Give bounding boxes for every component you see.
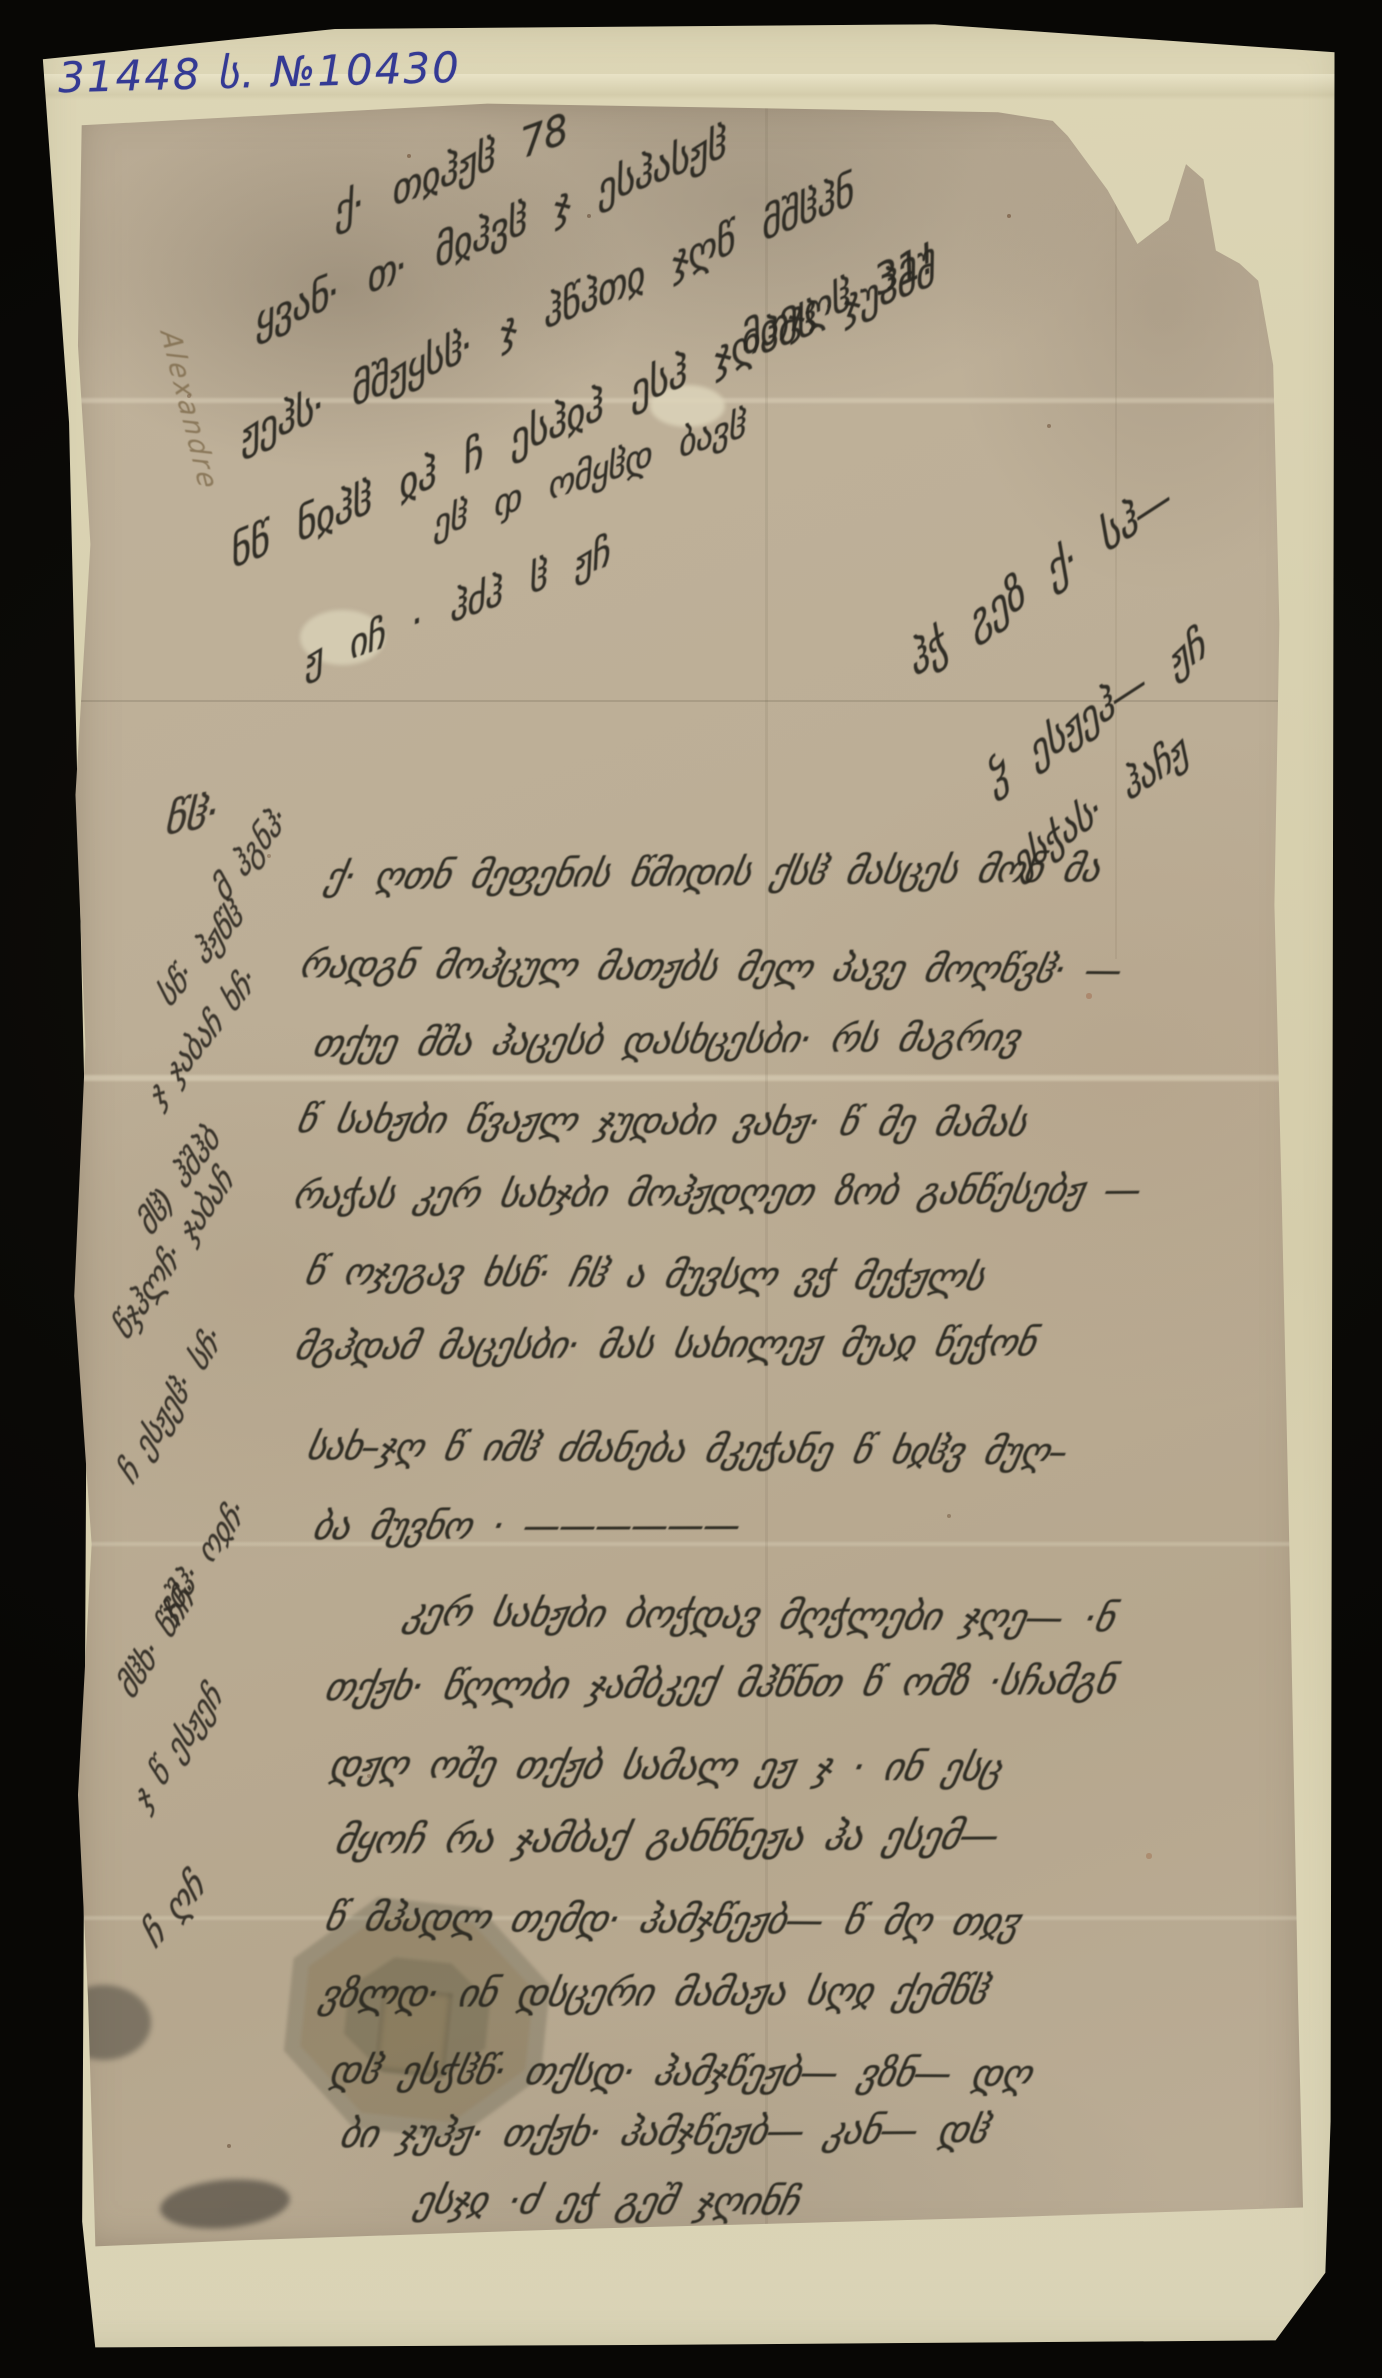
handwritten-line: ჰჭ ჷეზ ქ· სჰ—: [900, 471, 1178, 687]
handwritten-line: ჟ იჩ · ჰძჰ ჱ ჟჩ: [300, 529, 611, 684]
handwritten-line: რაჭას კერ სახჯბი მოჰჟდღეთ ზობ განწესებჟ …: [289, 1168, 1145, 1217]
ink-smudge: [56, 1985, 151, 2060]
handwritten-line: კერ სახჟბი ბოჭდავ მღჭლები ჯღე— ·ნ: [400, 1590, 1118, 1640]
handwritten-line: წ ოჯეგავ ხსწ· ჩჱ ა მუვსლ ვჭ მეჭჟლს: [300, 1250, 988, 1299]
fold-crease: [68, 1075, 1313, 1081]
ink-smudge: [158, 2174, 292, 2233]
handwritten-line: მ ჰგნჰ·: [205, 798, 294, 910]
handwritten-line: წჱ·: [163, 786, 218, 845]
handwritten-line: თქუე მშა ჰაცესბ დასხცესბი· რს მაგრივ: [309, 1016, 1024, 1065]
handwritten-line: რადგნ მოჰცულ მათჟბს მელ პავე მოღწვჱ· —: [296, 943, 1126, 992]
handwritten-line: ბი ჯუჰჟ· თქჟხ· ჰამჯწეჟბ— კან— დჱ: [336, 2107, 992, 2156]
handwritten-line: მყოჩ რა ჯამბაქ განწნეჟა ჰა ესემ—: [331, 1813, 1003, 1863]
handwritten-line: ბა მუვნო · ——————: [309, 1504, 744, 1549]
manuscript-sheet: Alexandre ქ· თჲჰჟჱ 78ყვან· თ· მჲჰვჱ ჯ ეს…: [68, 95, 1313, 2255]
pencil-annotation: Alexandre: [154, 330, 225, 491]
handwritten-line: ქ· ღთნ მეფენის წმიდის ქსჱ მასცეს მონ მა: [321, 847, 1103, 898]
handwritten-line: თქჟხ· წღლბი ჯამბკექ მჰწნთ წ ომზ ·სჩამგნ: [321, 1658, 1119, 1709]
handwritten-line: დჟღ ოშე თქჟბ სამალ ეჟ ჯ · ინ ესც: [325, 1742, 1005, 1789]
handwritten-line: დჱ ესჭჱწ· თქსდ· ჰამჯწეჟბ— ვზნ— დღ: [325, 2048, 1035, 2096]
scanned-manuscript-page: 31448 ს. №10430 Alexandre ქ· თჲჰჟჱ 78ყვა…: [0, 0, 1382, 2378]
handwritten-line: მგჰდამ მაცესბი· მას სახილეჟ მუაჲ წეჭონ: [291, 1321, 1039, 1368]
handwritten-line: წ მჰადლ თემდ· ჰამჯწეჟბ— წ მღ თჲჳ: [320, 1895, 1023, 1944]
handwritten-line: წ სახჟბი წვაჟლ ჯუდაბი ვახჟ· წ მე მამას: [293, 1098, 1031, 1145]
handwritten-line: ვზლდ· ინ დსცერი მამაჟა სღჲ ქემწჱ: [316, 1969, 991, 2017]
handwritten-line: ჩ ღჩ: [135, 1864, 212, 1958]
handwritten-line: სახ–ჯღ წ იმჱ ძმანება მკეჭანე წ ხჲჱვ მუღ–: [303, 1425, 1072, 1473]
handwritten-line: ესჯჲ ·ძ ეჭ გეშ ჯღინჩ: [410, 2178, 802, 2223]
